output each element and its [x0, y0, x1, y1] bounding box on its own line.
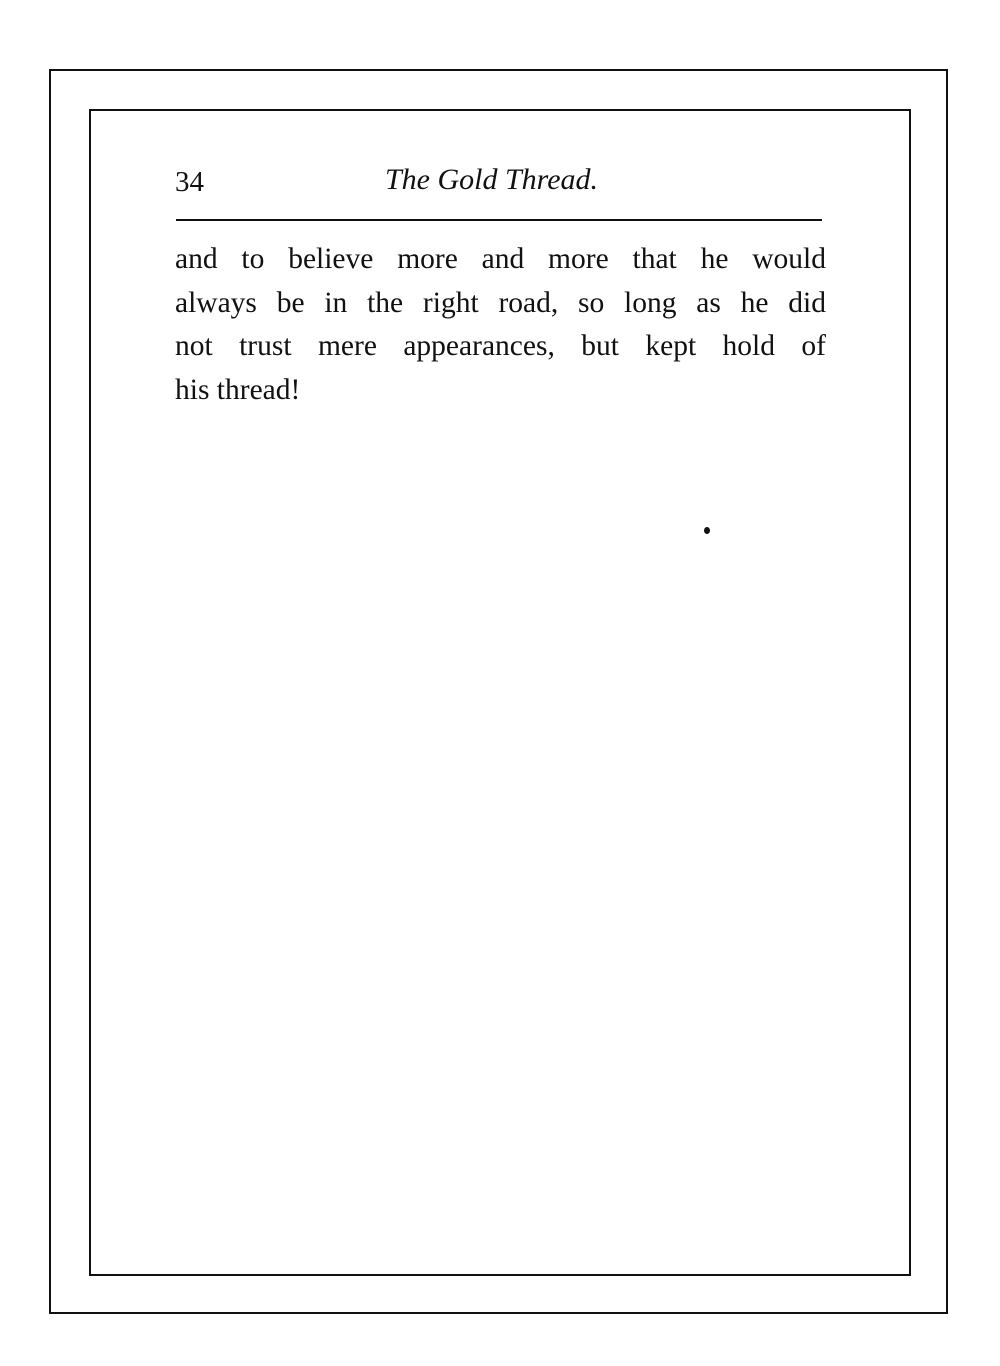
header-rule [176, 219, 822, 221]
body-line: his thread! [175, 369, 826, 413]
running-title: The Gold Thread. [385, 164, 598, 196]
body-line: always be in the right road, so long as … [175, 282, 826, 326]
body-line: and to believe more and more that he wou… [175, 238, 826, 282]
body-paragraph: and to believe more and more that he wou… [175, 238, 826, 412]
running-head: 34 The Gold Thread. [175, 162, 825, 202]
page-number: 34 [175, 166, 204, 198]
ink-speck [704, 527, 710, 534]
body-line: not trust mere appearances, but kept hol… [175, 325, 826, 369]
